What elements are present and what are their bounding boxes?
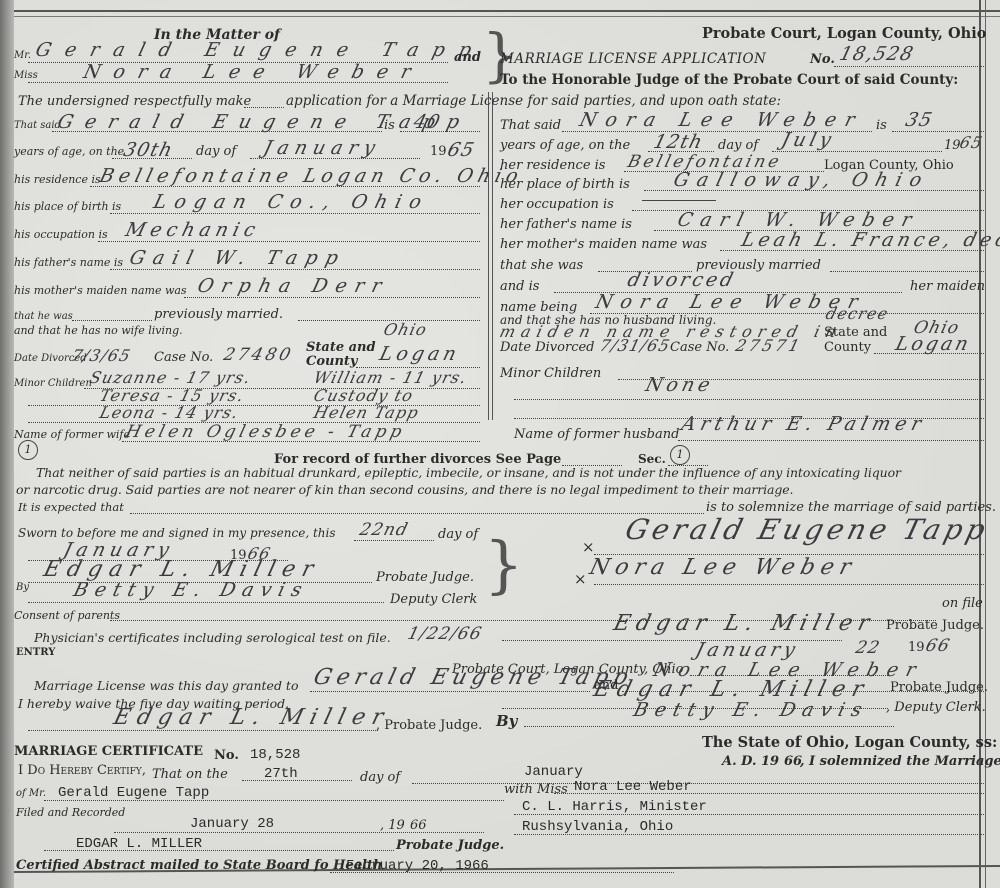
intro-right: application for a Marriage License for s… [286,94,781,109]
bride-former-spouse: Arthur E. Palmer [680,414,929,434]
groom-name-handwritten: Gerald Eugene Tapp [34,40,488,60]
officiant-line [514,814,984,815]
groom-residence-label: his residence is [14,172,101,187]
bride-was-line-2 [830,271,984,272]
officiant-expected-line [130,513,704,514]
groom-occupation: Mechanic [124,220,263,240]
with-miss-label: with Miss [504,782,568,797]
cert-bride-line [554,793,984,794]
groom-no-wife-living: and that he has no wife living. [14,323,183,338]
groom-minor-children-label: Minor Children [14,376,92,391]
bride-that-said-label: That said [500,118,561,133]
groom-custody-name: Helen Tapp [312,403,422,423]
entry-probate-judge-label: Probate Judge. [890,680,988,695]
waive-judge-line [28,730,378,731]
bride-signature: Nora Lee Weber [588,558,859,578]
sworn-judge-signature: Edgar L. Miller [42,560,323,580]
entry-by-label: By [496,714,517,729]
address-line: To the Honorable Judge of the Probate Co… [500,73,958,88]
cert-solemnized-label: , I solemnized the Marriage [800,754,1000,769]
entry-deputy-clerk-label: , Deputy Clerk. [886,700,986,715]
bride-and-is-label: and is [500,279,539,294]
bride-occupation-label: her occupation is [500,197,614,212]
sworn-deputy-clerk-label: Deputy Clerk [390,592,477,607]
bride-birth-day: 12th [652,132,706,152]
groom-birth-month: January [262,138,384,158]
certificate-state: The State of Ohio, Logan County, ss: [702,735,997,750]
bride-residence-label: her residence is [500,158,605,173]
consent-label: Consent of parents [14,608,120,623]
certificate-officiant: C. L. Harris, Minister [522,800,707,815]
certificate-month: January [524,765,583,780]
entry-judge-signature: Edgar L. Miller [592,680,873,700]
officiant-location-line [514,834,984,835]
cert-ad-label: A. D. 19 [722,754,779,769]
bride-signature-mark: × [574,572,587,587]
top-rule [14,10,1000,17]
groom-birth-year: 65 [446,140,478,160]
groom-birth-day: 30th [122,140,176,160]
entry-clerk-line [524,726,894,727]
on-file-label: on file [942,596,983,611]
bride-her-maiden-label: her maiden [910,279,985,294]
groom-age: 40 [412,112,444,132]
bride-case-no-label: Case No. [670,340,729,355]
groom-was-line [72,320,152,321]
groom-previously-married: previously married. [154,307,283,322]
groom-former-spouse: Helen Oglesbee - Tapp [124,422,408,442]
marriage-record-page: In the Matter of Mr. Gerald Eugene Tapp … [14,0,1000,888]
groom-years-label: years of age, on the [14,144,124,159]
bride-county-label: County [824,340,871,355]
bride-years-label: years of age, on the [500,138,630,153]
groom-father-line [110,269,480,270]
physician-date: 1/22/66 [406,624,485,644]
clerk-signature-line [28,602,384,603]
groom-occupation-line [98,241,480,242]
certificate-no-label: No. [214,748,239,763]
miss-prefix: Miss [14,68,38,83]
officiant-location: Rushsylvania, Ohio [522,820,673,835]
book-binding-edge [0,0,14,888]
bride-mother-label: her mother's maiden name was [500,237,707,252]
bride-month-line [772,151,942,152]
intro-blank [244,107,284,108]
certificate-day: 27th [264,767,298,782]
groom-birthplace-line [110,213,480,214]
bride-birthplace-label: her place of birth is [500,177,630,192]
groom-case-no-label: Case No. [154,350,213,365]
bride-age-line [892,131,984,132]
groom-child-1: Suzanne - 17 yrs. [88,368,254,388]
bride-date-divorced: 7/31/65 [598,336,673,356]
bride-full-name: Nora Lee Weber [578,110,866,130]
expected-label: It is expected that [18,500,124,515]
groom-signature: Gerald Eugene Tapp [624,520,991,540]
physician-label: Physician's certificates including serol… [34,630,391,645]
bride-minor-children-label: Minor Children [500,366,601,381]
waive-probate-judge-label: , Probate Judge. [376,718,482,733]
groom-year-prefix: 19 [430,144,447,159]
column-separator [488,92,493,420]
granted-groom: Gerald Eugene Tapp [312,668,635,688]
oath-statement-1: That neither of said parties is an habit… [36,465,901,480]
filed-date: January 28 [190,817,274,832]
bride-date-divorced-label: Date Divorced [500,340,595,355]
and-label: and [454,50,481,65]
granted-groom-line [310,691,590,692]
entry-day: 22 [854,638,883,658]
bride-father: Carl W. Weber [676,210,922,230]
filed-line [114,832,484,833]
sworn-day-line [354,540,434,541]
groom-father-label: his father's name is [14,255,123,270]
bride-signature-line [594,584,984,585]
bride-birth-month: July [780,130,838,150]
groom-mother-label: his mother's maiden name was [14,283,187,298]
abstract-date: February 20, 1966 [346,859,489,874]
groom-signature-mark: × [582,540,595,555]
groom-date-divorced: 7/3/65 [70,346,134,366]
groom-birthplace: Logan Co., Ohio [152,192,432,212]
certificate-heading: MARRIAGE CERTIFICATE [14,744,203,759]
bride-minor-children: None [644,375,717,395]
waive-judge-signature: Edgar L. Miller [112,708,393,728]
granted-label: Marriage License was this day granted to [34,678,298,693]
bride-decree-note: decree [824,304,891,324]
cert-judge-line [44,850,394,851]
bride-children-line-2 [514,399,984,400]
groom-state-and-label: State and [306,340,376,355]
entry-year: 66 [924,636,953,656]
sworn-day-of-label: day of [438,527,478,542]
form-title: MARRIAGE LICENSE APPLICATION [500,52,766,67]
sworn-brace: } [484,534,523,596]
consent-probate-judge-label: Probate Judge. [886,618,984,633]
bride-father-label: her father's name is [500,217,632,232]
groom-county: Logan [378,344,463,364]
filed-year: 66 [410,818,427,833]
filed-year-prefix: , 19 [380,818,405,833]
groom-case-no: 27480 [222,345,296,365]
sworn-clerk-signature: Betty E. Davis [72,580,311,600]
entry-month: January [694,640,802,660]
sworn-day: 22nd [358,520,411,540]
certificate-groom: Gerald Eugene Tapp [58,786,209,801]
groom-occupation-label: his occupation is [14,227,108,242]
bride-county: Logan [894,334,974,354]
groom-birthplace-label: his place of birth is [14,199,121,214]
bride-former-spouse-label: Name of former husband [514,427,679,442]
that-on-label: That on the [152,767,228,782]
sworn-by-label: By [16,580,29,595]
groom-child-3: Leona - 14 yrs. [98,403,242,423]
groom-mother: Orpha Derr [196,276,392,296]
bride-was-label: that she was [500,258,583,273]
entry-clerk-signature: Betty E. Davis [632,700,871,720]
groom-is-label: is [384,118,395,133]
groom-residence: Bellefontaine Logan Co. Ohio [98,166,526,186]
certificate-no-value: 18,528 [250,748,300,763]
margin-circled-mark: 1 [18,440,38,460]
entry-heading: ENTRY [16,645,55,660]
entry-year-prefix: 19 [908,640,925,655]
mr-prefix: Mr. [14,48,31,63]
groom-day-of-label: day of [196,144,236,159]
bride-day-of-label: day of [718,138,758,153]
filed-label: Filed and Recorded [16,805,125,820]
bride-age: 35 [904,110,936,130]
groom-father: Gail W. Tapp [128,248,349,268]
license-no-label: No. [810,52,835,67]
cert-probate-judge-label: Probate Judge. [396,838,504,853]
bride-occupation-dash [642,200,716,201]
bride-mother: Leah L. France, dec [740,230,1000,250]
bride-name-handwritten: Nora Lee Weber [82,62,426,82]
bride-birthplace: Galloway, Ohio [672,170,932,190]
court-title: Probate Court, Logan County, Ohio [702,26,986,41]
groom-full-name: Gerald Eugene Tapp [56,112,474,132]
of-mr-label: of Mr. [16,786,46,801]
groom-child-4: William - 11 yrs. [312,368,470,388]
sec-circled-value: 1 [670,445,690,465]
consent-judge-signature: Edgar L. Miller [612,614,878,634]
groom-county-label: County [306,354,357,369]
sworn-probate-judge-label: Probate Judge. [376,570,474,585]
groom-state: Ohio [382,320,430,340]
certify-prefix: I Do Hereby Certify, [18,763,146,778]
intro-left: The undersigned respectfully make [18,94,251,109]
groom-mother-line [184,297,480,298]
cert-day-of-label: day of [360,770,400,785]
oath-statement-2: or narcotic drug. Said parties are not n… [16,482,793,497]
groom-was-label: that he was [14,309,73,324]
license-no-handwritten: 18,528 [838,44,917,64]
abstract-label: Certified Abstract mailed to State Board… [16,858,382,873]
bride-case-no: 27571 [734,336,805,356]
bride-marital-status: divorced [626,270,739,290]
license-no-line [834,66,984,67]
bride-state-and-label: State and [824,325,887,340]
bride-former-spouse-line [678,440,984,441]
bride-is-label: is [876,118,887,133]
